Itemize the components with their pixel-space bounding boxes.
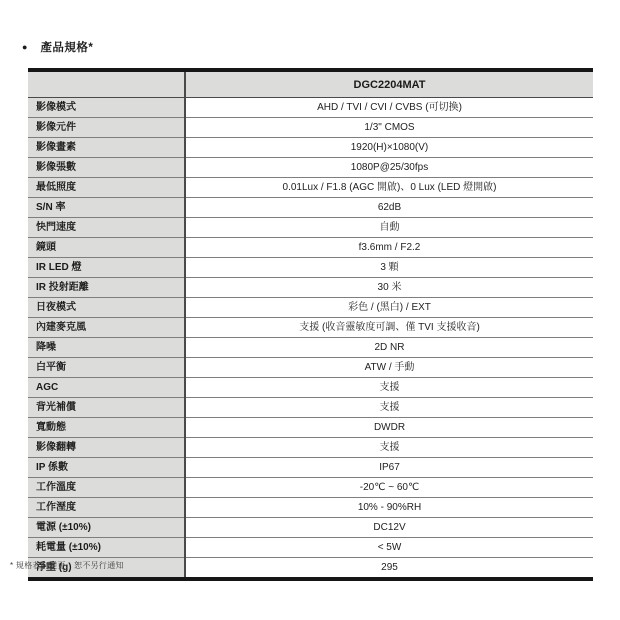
spec-label: 工作溼度 <box>28 498 185 518</box>
spec-row: 降噪2D NR <box>28 338 593 358</box>
spec-label: 背光補償 <box>28 398 185 418</box>
spec-label: 白平衡 <box>28 358 185 378</box>
spec-value: 支援 <box>185 398 593 418</box>
spec-value: 3 顆 <box>185 258 593 278</box>
spec-row: S/N 率62dB <box>28 198 593 218</box>
spec-row: 影像模式AHD / TVI / CVI / CVBS (可切換) <box>28 98 593 118</box>
spec-value: -20℃ ~ 60℃ <box>185 478 593 498</box>
spec-table: DGC2204MAT 影像模式AHD / TVI / CVI / CVBS (可… <box>28 68 593 581</box>
model-header-cell: DGC2204MAT <box>185 70 593 98</box>
spec-label: 內建麥克風 <box>28 318 185 338</box>
spec-value: 自動 <box>185 218 593 238</box>
spec-row: 內建麥克風支援 (收音靈敏度可調、僅 TVI 支援收音) <box>28 318 593 338</box>
spec-row: 影像畫素1920(H)×1080(V) <box>28 138 593 158</box>
spec-label: 電源 (±10%) <box>28 518 185 538</box>
spec-row: 工作溼度10% - 90%RH <box>28 498 593 518</box>
spec-label: S/N 率 <box>28 198 185 218</box>
spec-row: 影像張數1080P@25/30fps <box>28 158 593 178</box>
section-title: ● 產品規格* <box>22 39 93 55</box>
spec-label: 降噪 <box>28 338 185 358</box>
spec-row: 鏡頭f3.6mm / F2.2 <box>28 238 593 258</box>
spec-label: IR 投射距離 <box>28 278 185 298</box>
section-title-text: 產品規格* <box>40 39 93 55</box>
spec-value: 30 米 <box>185 278 593 298</box>
spec-value: 1080P@25/30fps <box>185 158 593 178</box>
spec-row: 快門速度自動 <box>28 218 593 238</box>
spec-label: IR LED 燈 <box>28 258 185 278</box>
spec-label: 最低照度 <box>28 178 185 198</box>
spec-value: DC12V <box>185 518 593 538</box>
spec-row: IR 投射距離30 米 <box>28 278 593 298</box>
spec-value: 支援 (收音靈敏度可調、僅 TVI 支援收音) <box>185 318 593 338</box>
spec-value: 10% - 90%RH <box>185 498 593 518</box>
spec-row: IR LED 燈3 顆 <box>28 258 593 278</box>
spec-value: IP67 <box>185 458 593 478</box>
spec-row: 背光補償支援 <box>28 398 593 418</box>
spec-row: 影像翻轉支援 <box>28 438 593 458</box>
spec-value: 295 <box>185 558 593 580</box>
spec-value: f3.6mm / F2.2 <box>185 238 593 258</box>
spec-row: 日夜模式彩色 / (黑白) / EXT <box>28 298 593 318</box>
spec-row: 寬動態DWDR <box>28 418 593 438</box>
spec-value: < 5W <box>185 538 593 558</box>
spec-label: 寬動態 <box>28 418 185 438</box>
spec-value: 支援 <box>185 378 593 398</box>
spec-label: 影像模式 <box>28 98 185 118</box>
spec-value: 1/3" CMOS <box>185 118 593 138</box>
spec-label: AGC <box>28 378 185 398</box>
header-empty-cell <box>28 70 185 98</box>
spec-label: 工作溫度 <box>28 478 185 498</box>
spec-label: 影像翻轉 <box>28 438 185 458</box>
spec-label: 耗電量 (±10%) <box>28 538 185 558</box>
spec-label: 影像畫素 <box>28 138 185 158</box>
footnote: * 規格若有變更，恕不另行通知 <box>10 560 124 571</box>
spec-label: 鏡頭 <box>28 238 185 258</box>
spec-label: 日夜模式 <box>28 298 185 318</box>
spec-row: AGC支援 <box>28 378 593 398</box>
spec-row: 工作溫度-20℃ ~ 60℃ <box>28 478 593 498</box>
spec-row: 白平衡ATW / 手動 <box>28 358 593 378</box>
spec-row: IP 係數IP67 <box>28 458 593 478</box>
spec-value: ATW / 手動 <box>185 358 593 378</box>
spec-label: 快門速度 <box>28 218 185 238</box>
spec-sheet-page: ● 產品規格* DGC2204MAT 影像模式AHD / TVI / CVI /… <box>0 0 620 620</box>
spec-label: 影像張數 <box>28 158 185 178</box>
spec-value: 62dB <box>185 198 593 218</box>
spec-value: 0.01Lux / F1.8 (AGC 開啟)、0 Lux (LED 燈開啟) <box>185 178 593 198</box>
bullet-icon: ● <box>22 43 27 52</box>
spec-row: 影像元件1/3" CMOS <box>28 118 593 138</box>
spec-row: 最低照度0.01Lux / F1.8 (AGC 開啟)、0 Lux (LED 燈… <box>28 178 593 198</box>
spec-value: DWDR <box>185 418 593 438</box>
spec-value: 1920(H)×1080(V) <box>185 138 593 158</box>
spec-row: 電源 (±10%)DC12V <box>28 518 593 538</box>
spec-row: 耗電量 (±10%)< 5W <box>28 538 593 558</box>
spec-label: IP 係數 <box>28 458 185 478</box>
table-header-row: DGC2204MAT <box>28 70 593 98</box>
spec-value: 彩色 / (黑白) / EXT <box>185 298 593 318</box>
spec-value: 2D NR <box>185 338 593 358</box>
spec-value: 支援 <box>185 438 593 458</box>
spec-label: 影像元件 <box>28 118 185 138</box>
spec-value: AHD / TVI / CVI / CVBS (可切換) <box>185 98 593 118</box>
